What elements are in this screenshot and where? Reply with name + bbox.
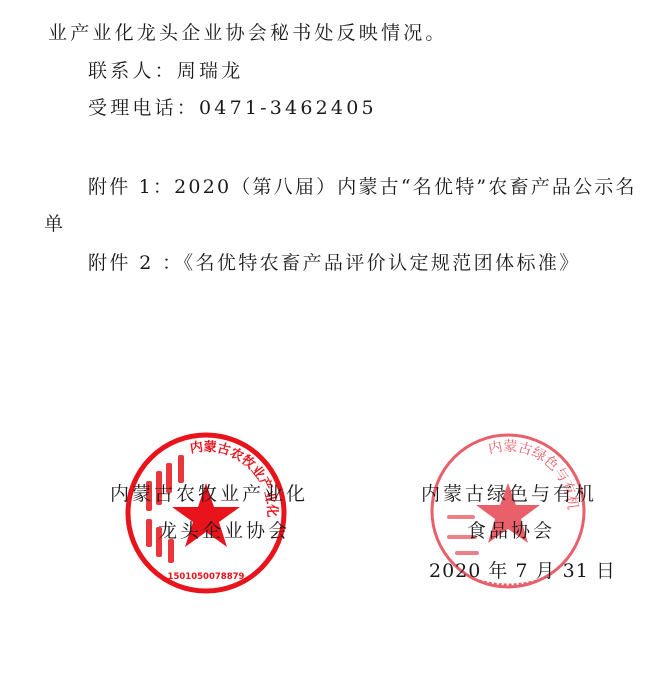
signing-date: 2020 年 7 月 31 日 xyxy=(429,562,616,581)
attachment-1-line2: 单 xyxy=(44,215,66,234)
phone-line: 受理电话：0471-3462405 xyxy=(88,99,377,118)
contact-line: 联系人：周瑞龙 xyxy=(88,62,243,81)
left-seal-serial: 1501050078879 xyxy=(168,572,245,582)
left-signatory-line2: 龙头企业协会 xyxy=(158,522,290,541)
right-signatory-line2: 食品协会 xyxy=(467,522,555,541)
right-signatory-line1: 内蒙古绿色与有机 xyxy=(421,485,597,504)
attachment-2-line: 附件 2 ：《名优特农畜产品评价认定规范团体标准》 xyxy=(88,254,581,273)
attachment-1-line1: 附件 1：2020（第八届）内蒙古“名优特”农畜产品公示名 xyxy=(88,178,637,197)
body-line-continuation: 业产业化龙头企业协会秘书处反映情况。 xyxy=(48,24,448,43)
left-seal-graphic: 内蒙古农牧业产业化龙头企业协会 1501050078879 xyxy=(124,431,288,595)
left-official-seal: 内蒙古农牧业产业化龙头企业协会 1501050078879 xyxy=(124,431,288,595)
left-signatory-line1: 内蒙古农牧业产业化 xyxy=(110,485,308,504)
